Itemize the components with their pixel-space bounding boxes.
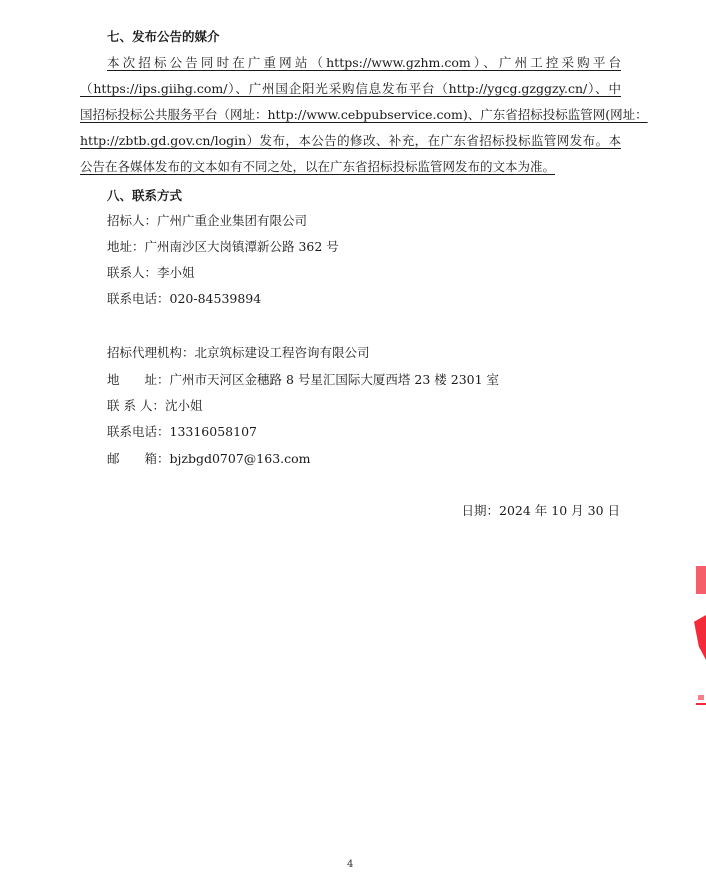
agency-email-value: bjzbgd0707@163.com xyxy=(170,451,311,466)
page-number: 4 xyxy=(347,859,353,871)
official-seal-stamp-icon xyxy=(694,560,706,710)
media-paragraph-line-5: 公告在各媒体发布的文本如有不同之处，以在广东省招标投标监管网发布的文本为准。 xyxy=(80,159,555,175)
media-paragraph-line-1: 本次招标公告同时在广重网站（https://www.gzhm.com）、广州工控… xyxy=(107,55,621,71)
media-paragraph-line-3: 国招标投标公共服务平台（网址：http://www.cebpubservice.… xyxy=(80,107,621,123)
agency-address: 地 址：广州市天河区金穗路 8 号星汇国际大厦西塔 23 楼 2301 室 xyxy=(107,372,499,388)
agency-email: 邮 箱：bjzbgd0707@163.com xyxy=(107,451,311,467)
tenderer-name: 招标人：广州广重企业集团有限公司 xyxy=(107,213,307,229)
media-paragraph-line-2: （https://ips.giihg.com/）、广州国企阳光采购信息发布平台（… xyxy=(80,81,621,97)
agency-address-value: 广州市天河区金穗路 8 号星汇国际大厦西塔 23 楼 2301 室 xyxy=(170,372,500,387)
section-heading-contact: 八、联系方式 xyxy=(107,188,182,204)
agency-contact-label: 联 系 人： xyxy=(107,398,165,413)
tenderer-contact: 联系人：李小姐 xyxy=(107,265,195,281)
agency-contact: 联 系 人：沈小姐 xyxy=(107,398,202,414)
agency-name: 招标代理机构：北京筑标建设工程咨询有限公司 xyxy=(107,345,370,361)
tenderer-address: 地址：广州南沙区大岗镇潭新公路 362 号 xyxy=(107,239,339,255)
seal-fragment-bottom xyxy=(696,693,706,705)
media-paragraph-line-4: http://zbtb.gd.gov.cn/login）发布，本公告的修改、补充… xyxy=(80,133,621,149)
seal-fragment-top xyxy=(696,566,706,594)
seal-star-fragment xyxy=(694,615,706,660)
document-date: 日期：2024 年 10 月 30 日 xyxy=(462,503,621,519)
section-heading-media: 七、发布公告的媒介 xyxy=(107,29,220,45)
tenderer-phone: 联系电话：020-84539894 xyxy=(107,291,261,307)
agency-phone: 联系电话：13316058107 xyxy=(107,424,257,440)
agency-email-label: 邮 箱： xyxy=(107,451,170,466)
agency-address-label: 地 址： xyxy=(107,372,170,387)
agency-contact-value: 沈小姐 xyxy=(165,398,203,413)
